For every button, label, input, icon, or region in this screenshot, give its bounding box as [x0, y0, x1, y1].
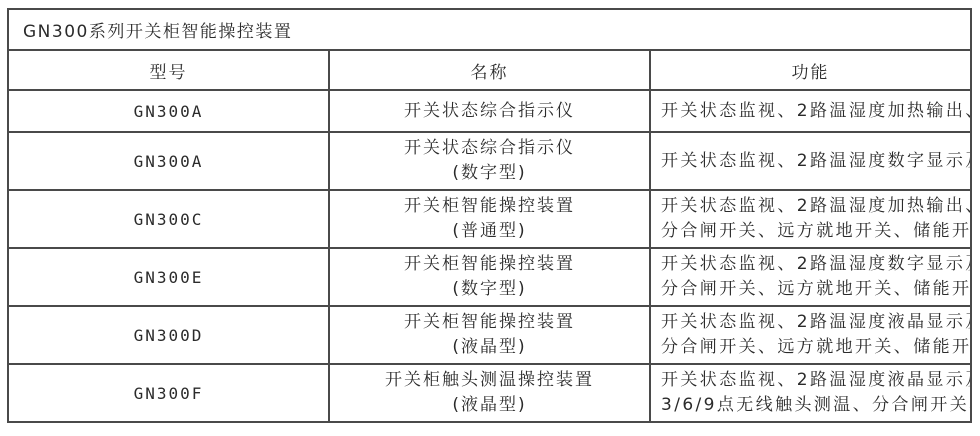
cell-function: 开关状态监视、2路温湿度液晶显示及加热输出、高压带电指示 3/6/9点无线触头测…	[650, 364, 971, 422]
header-function: 功能	[650, 50, 971, 90]
name-line: 开关状态综合指示仪	[330, 99, 649, 124]
cell-model: GN300A	[8, 90, 329, 132]
name-subtype: (数字型)	[330, 277, 649, 302]
cell-model: GN300A	[8, 132, 329, 190]
cell-model: GN300D	[8, 306, 329, 364]
function-line: 开关状态监视、2路温湿度加热输出、高压带电指示	[661, 99, 970, 124]
function-line: 分合闸开关、远方就地开关、储能开关、照明开关	[661, 277, 970, 302]
function-line: 开关状态监视、2路温湿度数字显示及加热输出、高压带电指示	[661, 149, 970, 174]
header-model: 型号	[8, 50, 329, 90]
name-line: 开关柜智能操控装置	[330, 194, 649, 219]
cell-name: 开关状态综合指示仪	[329, 90, 650, 132]
cell-model: GN300E	[8, 248, 329, 306]
cell-function: 开关状态监视、2路温湿度加热输出、高压带电指示 分合闸开关、远方就地开关、储能开…	[650, 190, 971, 248]
cell-function: 开关状态监视、2路温湿度加热输出、高压带电指示	[650, 90, 971, 132]
header-name: 名称	[329, 50, 650, 90]
product-spec-table: GN300系列开关柜智能操控装置 型号 名称 功能 GN300A 开关状态综合指…	[7, 8, 972, 423]
function-line: 开关状态监视、2路温湿度加热输出、高压带电指示	[661, 194, 970, 219]
function-line: 开关状态监视、2路温湿度液晶显示及加热输出、高压带电指示	[661, 368, 970, 393]
name-subtype: (液晶型)	[330, 393, 649, 418]
cell-name: 开关柜触头测温操控装置 (液晶型)	[329, 364, 650, 422]
table-row: GN300A 开关状态综合指示仪 (数字型) 开关状态监视、2路温湿度数字显示及…	[8, 132, 971, 190]
table-row: GN300A 开关状态综合指示仪 开关状态监视、2路温湿度加热输出、高压带电指示	[8, 90, 971, 132]
function-line: 开关状态监视、2路温湿度数字显示及加热输出、高压带电指示	[661, 252, 970, 277]
name-subtype: (数字型)	[330, 161, 649, 186]
table-row: GN300F 开关柜触头测温操控装置 (液晶型) 开关状态监视、2路温湿度液晶显…	[8, 364, 971, 422]
cell-function: 开关状态监视、2路温湿度液晶显示及加热输出、高压带电指示 分合闸开关、远方就地开…	[650, 306, 971, 364]
function-line: 分合闸开关、远方就地开关、储能开关、照明开关	[661, 219, 970, 244]
name-subtype: (普通型)	[330, 219, 649, 244]
table-row: GN300E 开关柜智能操控装置 (数字型) 开关状态监视、2路温湿度数字显示及…	[8, 248, 971, 306]
table-row: GN300C 开关柜智能操控装置 (普通型) 开关状态监视、2路温湿度加热输出、…	[8, 190, 971, 248]
cell-name: 开关柜智能操控装置 (普通型)	[329, 190, 650, 248]
table-header-row: 型号 名称 功能	[8, 50, 971, 90]
function-line: 开关状态监视、2路温湿度液晶显示及加热输出、高压带电指示	[661, 310, 970, 335]
table-title-row: GN300系列开关柜智能操控装置	[8, 9, 971, 50]
name-line: 开关柜智能操控装置	[330, 310, 649, 335]
cell-name: 开关状态综合指示仪 (数字型)	[329, 132, 650, 190]
table-title: GN300系列开关柜智能操控装置	[8, 9, 971, 50]
function-line: 3/6/9点无线触头测温、分合闸开关、远方就地开关、储能开关	[661, 393, 970, 418]
function-line: 分合闸开关、远方就地开关、储能开关	[661, 335, 970, 360]
name-line: 开关柜智能操控装置	[330, 252, 649, 277]
cell-model: GN300F	[8, 364, 329, 422]
name-line: 开关状态综合指示仪	[330, 136, 649, 161]
cell-model: GN300C	[8, 190, 329, 248]
cell-name: 开关柜智能操控装置 (数字型)	[329, 248, 650, 306]
cell-function: 开关状态监视、2路温湿度数字显示及加热输出、高压带电指示	[650, 132, 971, 190]
name-subtype: (液晶型)	[330, 335, 649, 360]
cell-function: 开关状态监视、2路温湿度数字显示及加热输出、高压带电指示 分合闸开关、远方就地开…	[650, 248, 971, 306]
table-row: GN300D 开关柜智能操控装置 (液晶型) 开关状态监视、2路温湿度液晶显示及…	[8, 306, 971, 364]
name-line: 开关柜触头测温操控装置	[330, 368, 649, 393]
cell-name: 开关柜智能操控装置 (液晶型)	[329, 306, 650, 364]
